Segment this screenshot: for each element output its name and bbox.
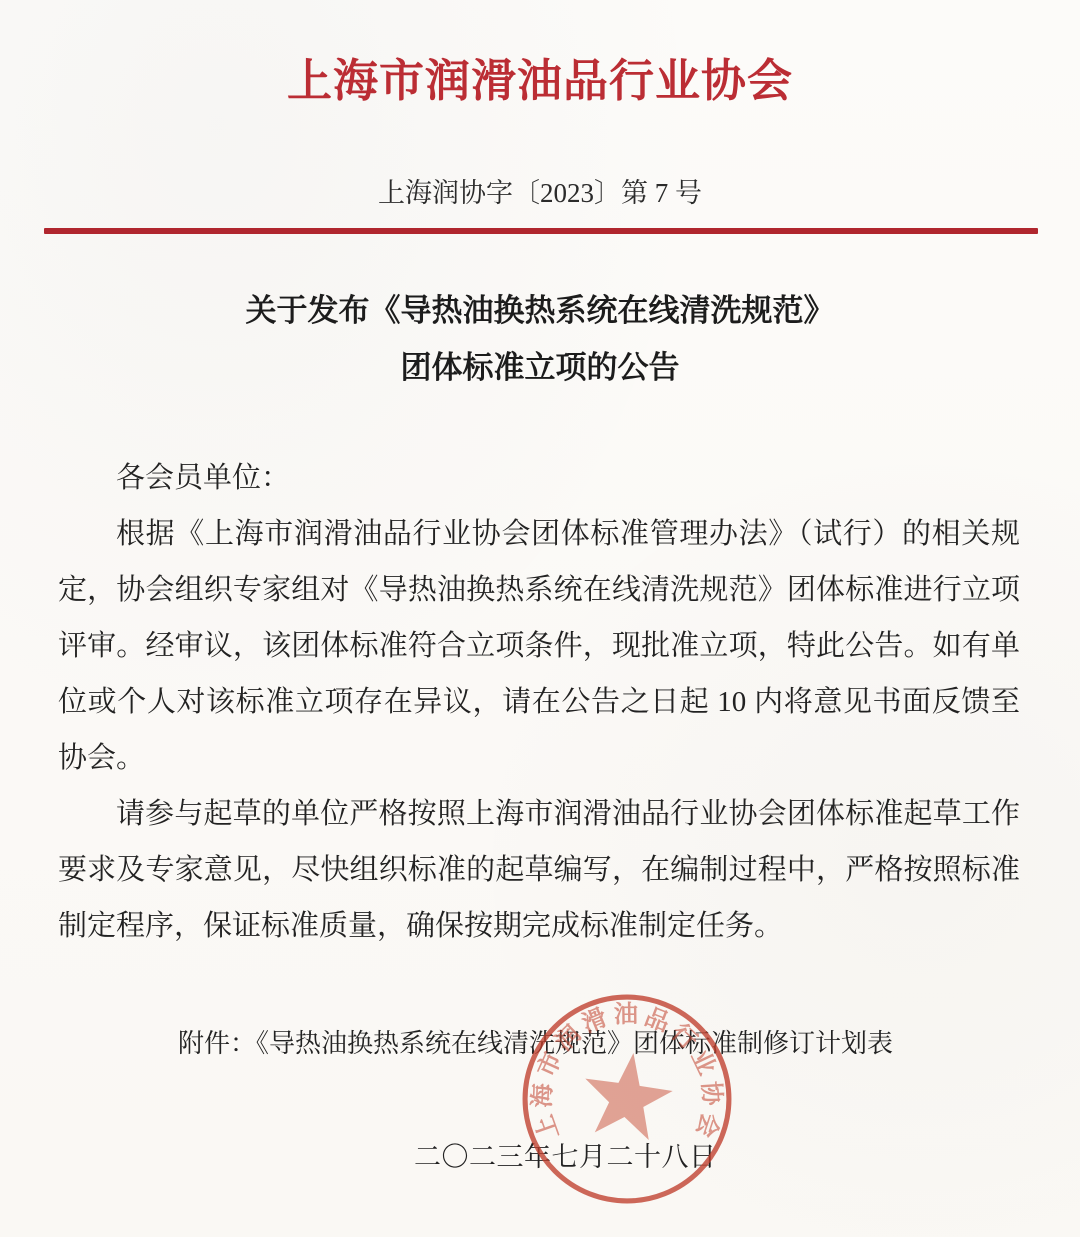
salutation: 各会员单位：	[58, 450, 1020, 506]
body-paragraph: 根据《上海市润滑油品行业协会团体标准管理办法》（试行）的相关规定，协会组织专家组…	[58, 506, 1020, 786]
announcement-body: 各会员单位： 根据《上海市润滑油品行业协会团体标准管理办法》（试行）的相关规定，…	[58, 450, 1020, 954]
red-header-rule	[44, 228, 1038, 234]
star-icon	[578, 1047, 677, 1142]
attachment-note: 附件：《导热油换热系统在线清洗规范》团体标准制修订计划表	[178, 1023, 893, 1060]
announcement-title: 关于发布《导热油换热系统在线清洗规范》 团体标准立项的公告	[0, 283, 1080, 397]
announcement-title-line2: 团体标准立项的公告	[0, 340, 1080, 397]
scanned-official-document: 上海市润滑油品行业协会 上海润协字〔2023〕第 7 号 关于发布《导热油换热系…	[0, 0, 1080, 1237]
announcement-title-line1: 关于发布《导热油换热系统在线清洗规范》	[0, 283, 1080, 340]
issue-date: 二〇二三年七月二十八日	[414, 1135, 717, 1174]
org-title: 上海市润滑油品行业协会	[0, 44, 1080, 109]
document-number: 上海润协字〔2023〕第 7 号	[0, 171, 1080, 210]
body-paragraph: 请参与起草的单位严格按照上海市润滑油品行业协会团体标准起草工作要求及专家意见，尽…	[58, 786, 1020, 954]
